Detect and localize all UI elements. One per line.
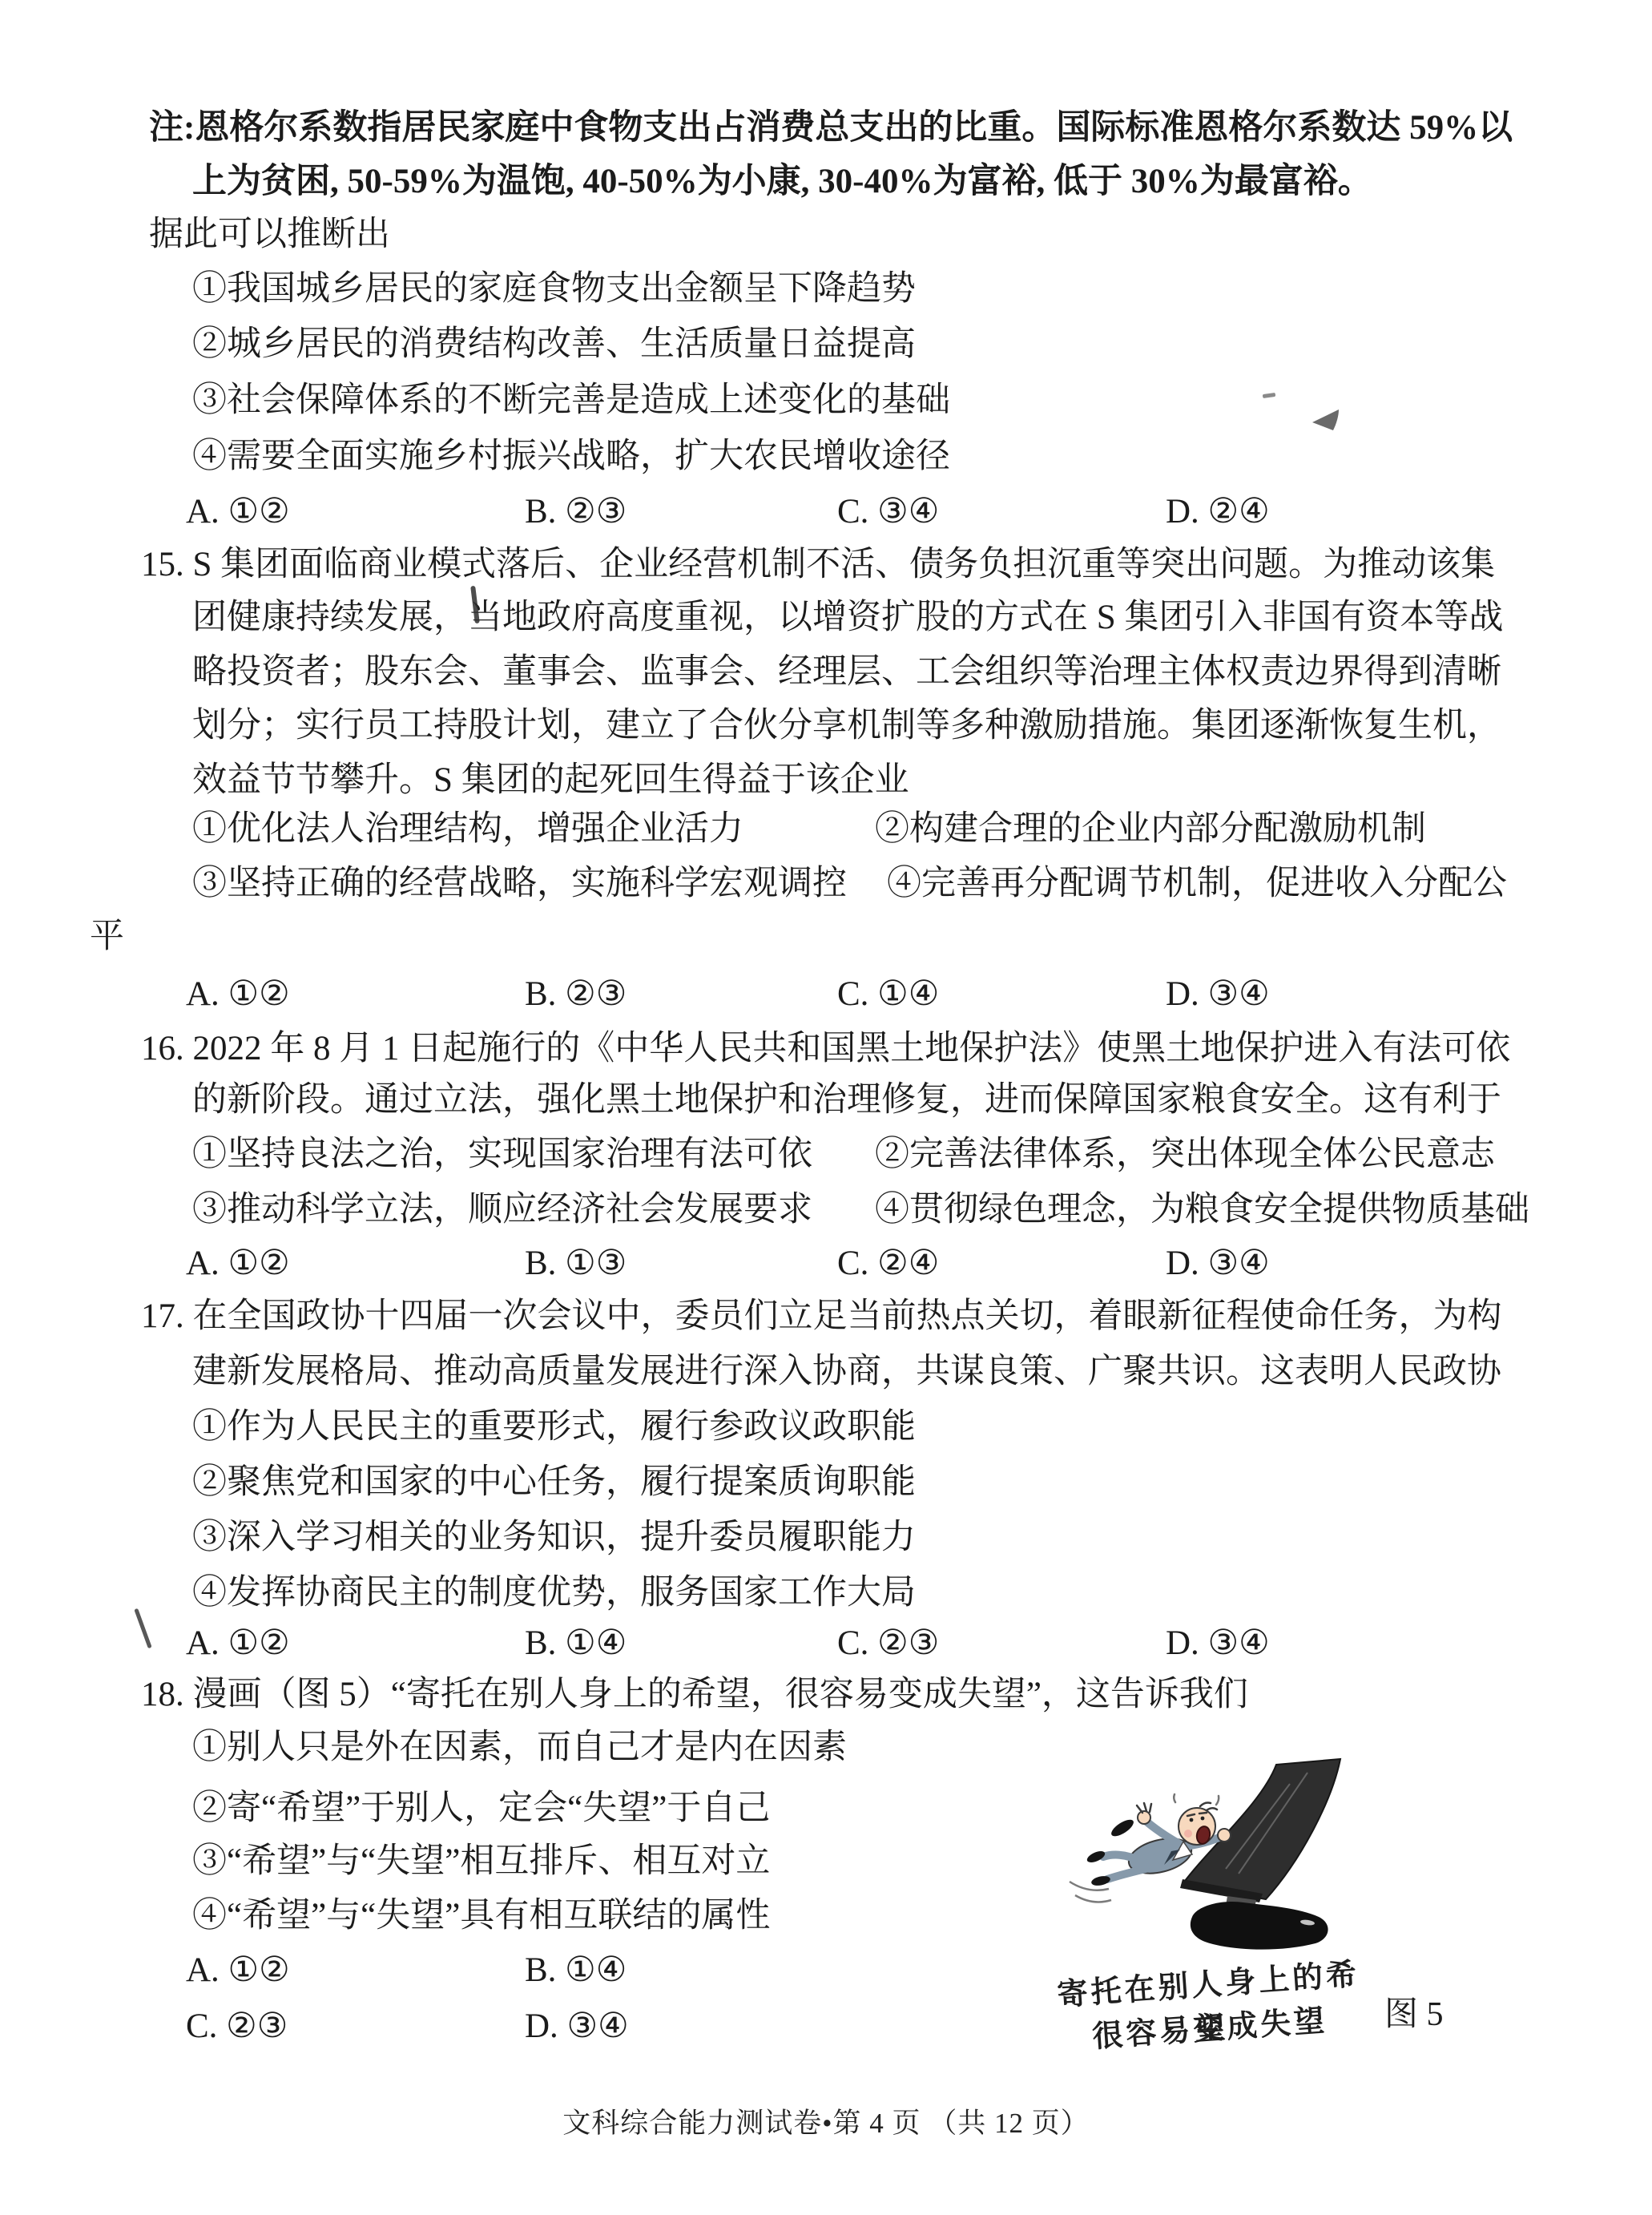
q15-stem-line-5: 效益节节攀升。S 集团的起死回生得益于该企业 <box>192 762 909 798</box>
q15-option-row-1: ①优化法人治理结构，增强企业活力 ②构建合理的企业内部分配激励机制 <box>0 811 1652 851</box>
q17-stem-line-1: 17. 在全国政协十四届一次会议中，委员们立足当前热点关切，着眼新征程使命任务，… <box>141 1298 1502 1334</box>
q16-option-1: ①坚持良法之治，实现国家治理有法可依 <box>192 1136 812 1172</box>
q18-answer-b: B. ①④ <box>525 1952 627 1988</box>
q17-option-2: ②聚焦党和国家的中心任务，履行提案质询职能 <box>192 1464 916 1500</box>
q14-option-4: ④需要全面实施乡村振兴战略，扩大农民增收途径 <box>192 438 950 474</box>
q15-answer-d: D. ③④ <box>1166 976 1270 1012</box>
q16-answer-a: A. ①② <box>186 1245 290 1281</box>
q15-answer-row: A. ①② B. ②③ C. ①④ D. ③④ <box>0 976 1652 1016</box>
q16-option-4: ④贯彻绿色理念，为粮食安全提供物质基础 <box>875 1192 1529 1228</box>
q15-option-4: ④完善再分配调节机制，促进收入分配公 <box>887 865 1507 902</box>
q16-option-row-1: ①坚持良法之治，实现国家治理有法可依 ②完善法律体系，突出体现全体公民意志 <box>0 1136 1652 1176</box>
q16-answer-c: C. ②④ <box>837 1245 939 1281</box>
smudge-wedge <box>1309 407 1341 433</box>
q15-option-2: ②构建合理的企业内部分配激励机制 <box>875 811 1426 847</box>
q15-answer-b: B. ②③ <box>525 976 627 1012</box>
q15-option-3: ③坚持正确的经营战略，实施科学宏观调控 <box>192 865 847 902</box>
q18-option-3: ③“希望”与“失望”相互排斥、相互对立 <box>192 1843 770 1879</box>
q15-answer-a: A. ①② <box>186 976 290 1012</box>
q14-option-3: ③社会保障体系的不断完善是造成上述变化的基础 <box>192 382 950 418</box>
smudge-dash <box>1263 393 1276 398</box>
q15-option-1: ①优化法人治理结构，增强企业活力 <box>192 811 743 847</box>
q16-stem-line-1: 16. 2022 年 8 月 1 日起施行的《中华人民共和国黑土地保护法》使黑土… <box>141 1031 1510 1067</box>
q15-option-row-2: ③坚持正确的经营战略，实施科学宏观调控 ④完善再分配调节机制，促进收入分配公 <box>0 865 1652 906</box>
q14-answer-a: A. ①② <box>186 494 290 530</box>
q17-option-4: ④发挥协商民主的制度优势，服务国家工作大局 <box>192 1575 916 1611</box>
figure5-label: 图 5 <box>1384 1987 1444 2035</box>
q14-answer-row: A. ①② B. ②③ C. ③④ D. ②④ <box>0 494 1652 534</box>
q14-answer-b: B. ②③ <box>525 494 627 530</box>
q15-answer-c: C. ①④ <box>837 976 939 1012</box>
page-footer: 文科综合能力测试卷•第 4 页 （共 12 页） <box>0 2101 1652 2141</box>
q14-option-2: ②城乡居民的消费结构改善、生活质量日益提高 <box>192 326 916 362</box>
q15-option-4-wrap: 平 <box>90 918 124 954</box>
q14-answer-d: D. ②④ <box>1166 494 1270 530</box>
figure-5: 寄托在别人身上的希望 很容易变成失望 图 5 <box>1025 1715 1490 2068</box>
q15-stem-line-3: 略投资者；股东会、董事会、监事会、经理层、工会组织等治理主体权责边界得到清晰 <box>192 654 1501 690</box>
q16-answer-b: B. ①③ <box>525 1245 627 1281</box>
q17-option-1: ①作为人民民主的重要形式，履行参政议政职能 <box>192 1409 916 1445</box>
q15-stem-line-2: 团健康持续发展，当地政府高度重视，以增资扩股的方式在 S 集团引入非国有资本等战 <box>192 599 1503 635</box>
q18-stem-line-1: 18. 漫画（图 5）“寄托在别人身上的希望，很容易变成失望”，这告诉我们 <box>141 1676 1248 1713</box>
exam-page: 注:恩格尔系数指居民家庭中食物支出占消费总支出的比重。国际标准恩格尔系数达 59… <box>0 0 1652 2215</box>
q17-stem-line-2: 建新发展格局、推动高质量发展进行深入协商，共谋良策、广聚共识。这表明人民政协 <box>192 1354 1501 1390</box>
q16-option-3: ③推动科学立法，顺应经济社会发展要求 <box>192 1192 812 1228</box>
q17-answer-b: B. ①④ <box>525 1625 627 1661</box>
q17-option-3: ③深入学习相关的业务知识，提升委员履职能力 <box>192 1519 916 1555</box>
motion-line <box>1075 1895 1111 1902</box>
q18-answer-a: A. ①② <box>186 1952 290 1988</box>
q15-stem-line-1: 15. S 集团面临商业模式落后、企业经营机制不活、债务负担沉重等突出问题。为推… <box>141 547 1495 583</box>
q17-answer-d: D. ③④ <box>1166 1625 1270 1661</box>
q15-stem-line-4: 划分；实行员工持股计划，建立了合伙分享机制等多种激励措施。集团逐渐恢复生机， <box>192 708 1501 744</box>
q18-option-2: ②寄“希望”于别人，定会“失望”于自己 <box>192 1790 770 1826</box>
q16-option-2: ②完善法律体系，突出体现全体公民意志 <box>875 1136 1495 1172</box>
q18-answer-c: C. ②③ <box>186 2008 288 2044</box>
q16-answer-d: D. ③④ <box>1166 1245 1270 1281</box>
q16-answer-row: A. ①② B. ①③ C. ②④ D. ③④ <box>0 1245 1652 1285</box>
q17-answer-a: A. ①② <box>186 1625 290 1661</box>
q14-stem: 据此可以推断出 <box>149 216 390 252</box>
q18-answer-d: D. ③④ <box>525 2008 629 2044</box>
q14-note-line-2: 上为贫困, 50-59%为温饱, 40-50%为小康, 30-40%为富裕, 低… <box>192 163 1372 200</box>
q18-option-1: ①别人只是外在因素，而自己才是内在因素 <box>192 1729 847 1765</box>
q17-answer-row: A. ①② B. ①④ C. ②③ D. ③④ <box>0 1625 1652 1665</box>
q17-answer-c: C. ②③ <box>837 1625 939 1661</box>
giant-leg <box>1180 1759 1340 1950</box>
q16-stem-line-2: 的新阶段。通过立法，强化黑土地保护和治理修复，进而保障国家粮食安全。这有利于 <box>192 1082 1501 1118</box>
q16-option-row-2: ③推动科学立法，顺应经济社会发展要求 ④贯彻绿色理念，为粮食安全提供物质基础 <box>0 1192 1652 1232</box>
cartoon-illustration <box>1025 1715 1490 1955</box>
q14-option-1: ①我国城乡居民的家庭食物支出金额呈下降趋势 <box>192 271 916 307</box>
q18-option-4: ④“希望”与“失望”具有相互联结的属性 <box>192 1898 770 1934</box>
q14-answer-c: C. ③④ <box>837 494 939 530</box>
q14-note-line-1: 注:恩格尔系数指居民家庭中食物支出占消费总支出的比重。国际标准恩格尔系数达 59… <box>149 110 1513 146</box>
